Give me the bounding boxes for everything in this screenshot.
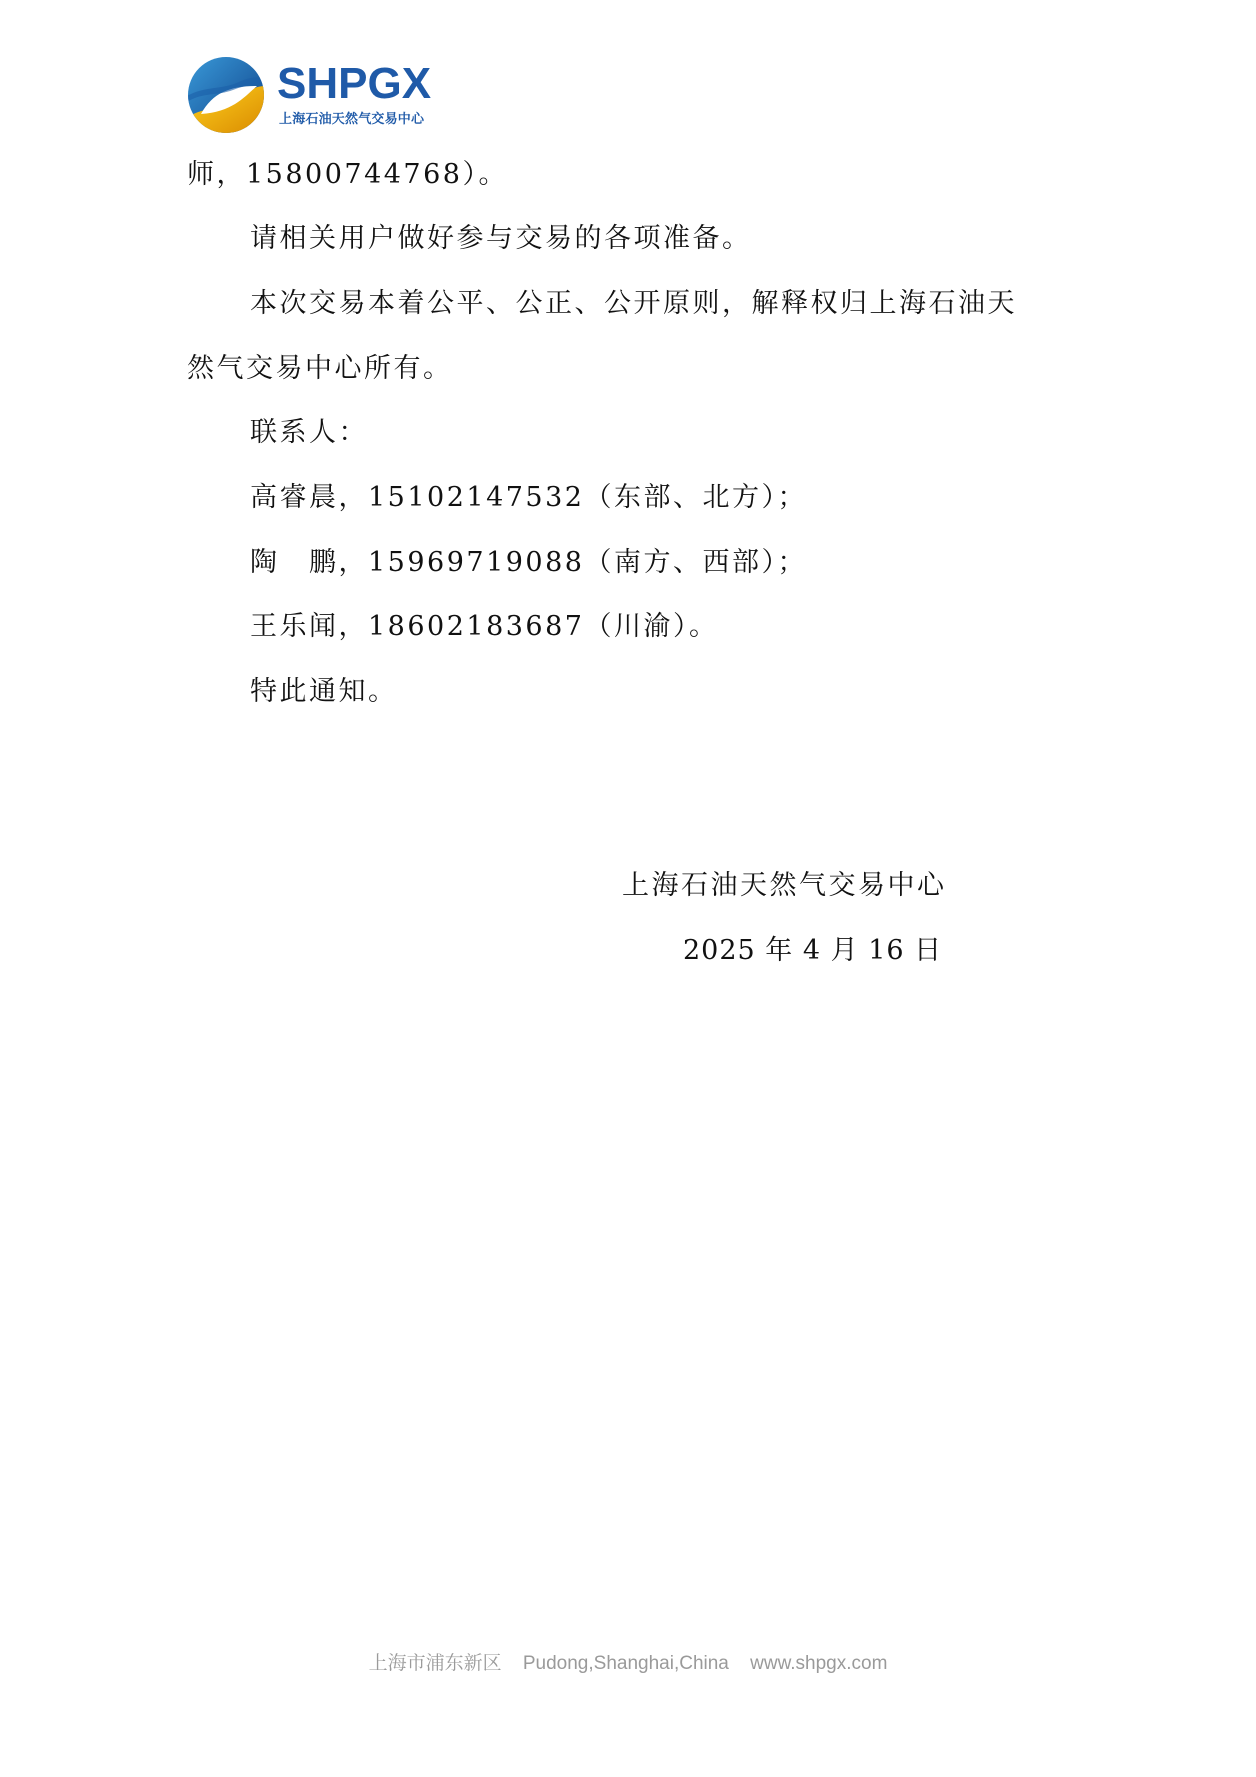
logo-subtitle: 上海石油天然气交易中心 <box>279 112 424 128</box>
body-line: 本次交易本着公平、公正、公开原则，解释权归上海石油天 <box>250 287 1017 321</box>
shpgx-logo-icon <box>187 56 265 134</box>
footer-address: 上海市浦东新区 <box>369 1653 502 1674</box>
signature-date: 2025 年 4 月 16 日 <box>683 934 942 968</box>
footer-location: Pudong,Shanghai,China <box>523 1653 729 1674</box>
contact-heading: 联系人： <box>250 416 368 450</box>
contact-line: 王乐闻，18602183687（川渝）。 <box>250 610 718 644</box>
footer-website: www.shpgx.com <box>750 1653 887 1674</box>
signature-organization: 上海石油天然气交易中心 <box>622 869 947 903</box>
contact-line: 陶 鹏，15969719088（南方、西部）； <box>250 546 807 580</box>
body-line: 师，15800744768）。 <box>187 158 508 192</box>
body-line: 然气交易中心所有。 <box>187 352 453 386</box>
closing-line: 特此通知。 <box>250 675 398 709</box>
page-footer: 上海市浦东新区 Pudong,Shanghai,China www.shpgx.… <box>0 1648 1256 1675</box>
contact-line: 高睿晨，15102147532（东部、北方）； <box>250 481 807 515</box>
logo-title: SHPGX <box>277 60 431 108</box>
body-line: 请相关用户做好参与交易的各项准备。 <box>250 222 752 256</box>
shpgx-logo: SHPGX 上海石油天然气交易中心 <box>187 56 437 138</box>
